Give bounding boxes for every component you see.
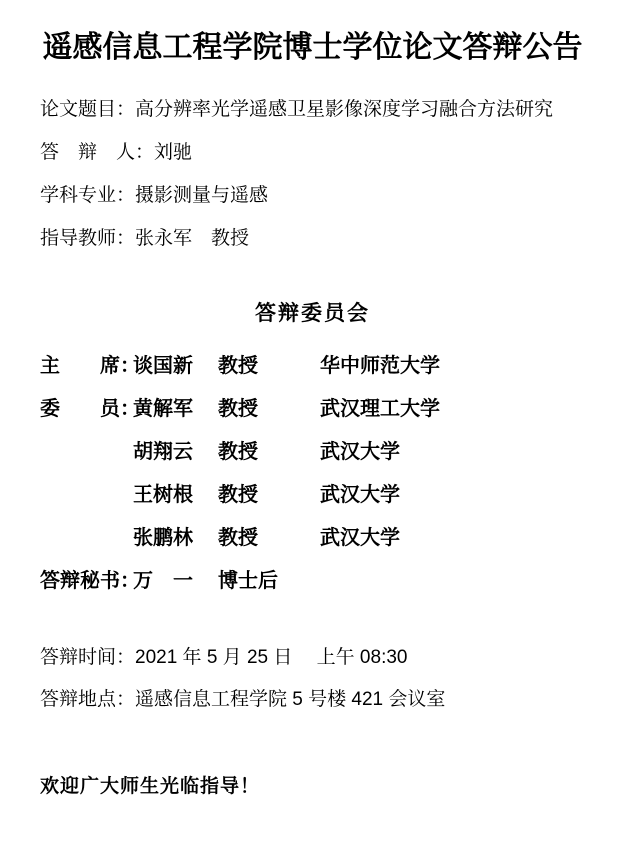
schedule-section: 答辩时间：2021 年 5 月 25 日 上午 08:30 答辩地点：遥感信息工… [40, 648, 585, 710]
defense-time-value: 2021 年 5 月 25 日 上午 08:30 [135, 647, 407, 668]
info-row-major: 学科专业：摄影测量与遥感 [40, 186, 585, 206]
committee-member-university: 华中师范大学 [320, 355, 585, 377]
committee-member-title: 博士后 [218, 570, 320, 592]
committee-row-member: 王树根 教授 武汉大学 [40, 484, 585, 506]
announcement-page: 遥感信息工程学院博士学位论文答辩公告 论文题目：高分辨率光学遥感卫星影像深度学习… [0, 0, 625, 841]
candidate-label: 答 辩 人： [40, 142, 154, 163]
committee-role-label [40, 527, 133, 549]
thesis-title-value: 高分辨率光学遥感卫星影像深度学习融合方法研究 [135, 99, 553, 120]
welcome-note: 欢迎广大师生光临指导！ [40, 777, 585, 797]
committee-member-name: 张鹏林 [133, 527, 218, 549]
committee-row-member: 胡翔云 教授 武汉大学 [40, 441, 585, 463]
committee-role-label: 答辩秘书： [40, 570, 133, 592]
committee-member-university [320, 570, 585, 592]
committee-role-label: 委 员： [40, 398, 133, 420]
committee-role-label [40, 441, 133, 463]
schedule-row-location: 答辩地点：遥感信息工程学院 5 号楼 421 会议室 [40, 690, 585, 710]
committee-role-label: 主 席： [40, 355, 133, 377]
major-value: 摄影测量与遥感 [135, 185, 268, 206]
info-row-advisor: 指导教师：张永军 教授 [40, 229, 585, 249]
info-row-thesis-title: 论文题目：高分辨率光学遥感卫星影像深度学习融合方法研究 [40, 100, 585, 120]
info-row-candidate: 答 辩 人：刘驰 [40, 143, 585, 163]
advisor-label: 指导教师： [40, 228, 135, 249]
committee-member-name: 黄解军 [133, 398, 218, 420]
committee-member-university: 武汉大学 [320, 527, 585, 549]
advisor-value: 张永军 教授 [135, 228, 249, 249]
committee-row-member: 委 员： 黄解军 教授 武汉理工大学 [40, 398, 585, 420]
committee-row-secretary: 答辩秘书： 万 一 博士后 [40, 570, 585, 592]
page-title: 遥感信息工程学院博士学位论文答辩公告 [40, 26, 585, 70]
committee-member-name: 万 一 [133, 570, 218, 592]
candidate-value: 刘驰 [154, 142, 192, 163]
defense-location-label: 答辩地点： [40, 689, 135, 710]
defense-location-value: 遥感信息工程学院 5 号楼 421 会议室 [135, 689, 445, 710]
committee-member-name: 谈国新 [133, 355, 218, 377]
committee-row-member: 张鹏林 教授 武汉大学 [40, 527, 585, 549]
committee-member-name: 王树根 [133, 484, 218, 506]
committee-member-university: 武汉理工大学 [320, 398, 585, 420]
committee-member-title: 教授 [218, 398, 320, 420]
committee-table: 主 席： 谈国新 教授 华中师范大学 委 员： 黄解军 教授 武汉理工大学 胡翔… [40, 355, 585, 592]
defense-time-label: 答辩时间： [40, 647, 135, 668]
committee-member-university: 武汉大学 [320, 441, 585, 463]
major-label: 学科专业： [40, 185, 135, 206]
committee-heading: 答辩委员会 [40, 301, 585, 325]
committee-role-label [40, 484, 133, 506]
thesis-title-label: 论文题目： [40, 99, 135, 120]
committee-member-title: 教授 [218, 484, 320, 506]
committee-member-title: 教授 [218, 527, 320, 549]
committee-member-title: 教授 [218, 441, 320, 463]
schedule-row-time: 答辩时间：2021 年 5 月 25 日 上午 08:30 [40, 648, 585, 668]
committee-row-chair: 主 席： 谈国新 教授 华中师范大学 [40, 355, 585, 377]
committee-member-title: 教授 [218, 355, 320, 377]
thesis-info-section: 论文题目：高分辨率光学遥感卫星影像深度学习融合方法研究 答 辩 人：刘驰 学科专… [40, 100, 585, 249]
committee-member-university: 武汉大学 [320, 484, 585, 506]
committee-member-name: 胡翔云 [133, 441, 218, 463]
